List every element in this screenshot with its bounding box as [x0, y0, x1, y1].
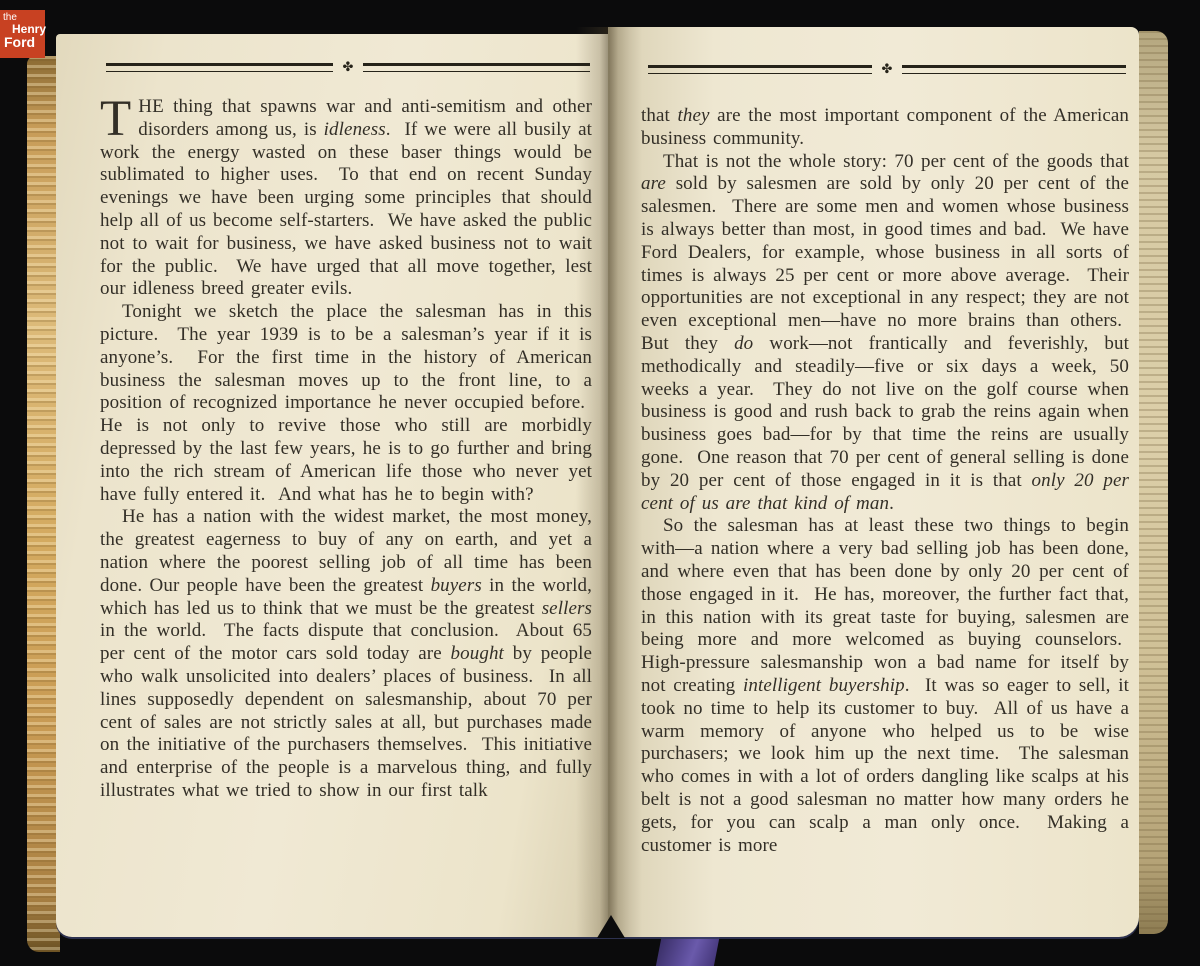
henry-ford-logo: the Henry Ford: [0, 10, 45, 58]
rule-segment: [648, 65, 872, 74]
bookmark-ribbon: [656, 934, 720, 966]
paragraph: THE thing that spawns war and anti-semit…: [100, 96, 592, 301]
left-page-text: THE thing that spawns war and anti-semit…: [100, 96, 592, 803]
right-page-text: that they are the most important compone…: [641, 105, 1129, 857]
rule-segment: [106, 63, 333, 72]
paragraph: Tonight we sketch the place the salesman…: [100, 301, 592, 506]
rule-segment: [363, 63, 590, 72]
page-edges-right: [1139, 31, 1168, 934]
floret-ornament-icon: ✤: [343, 61, 354, 74]
paragraph: That is not the whole story: 70 per cent…: [641, 151, 1129, 516]
rule-segment: [902, 65, 1126, 74]
header-rule-right: ✤: [648, 63, 1126, 76]
dropcap: T: [100, 96, 138, 139]
paragraph: He has a nation with the widest market, …: [100, 506, 592, 802]
logo-text-ford: Ford: [4, 35, 45, 50]
paragraph: that they are the most important compone…: [641, 105, 1129, 151]
header-rule-left: ✤: [106, 61, 590, 74]
floret-ornament-icon: ✤: [882, 63, 893, 76]
paragraph: So the salesman has at least these two t…: [641, 515, 1129, 857]
